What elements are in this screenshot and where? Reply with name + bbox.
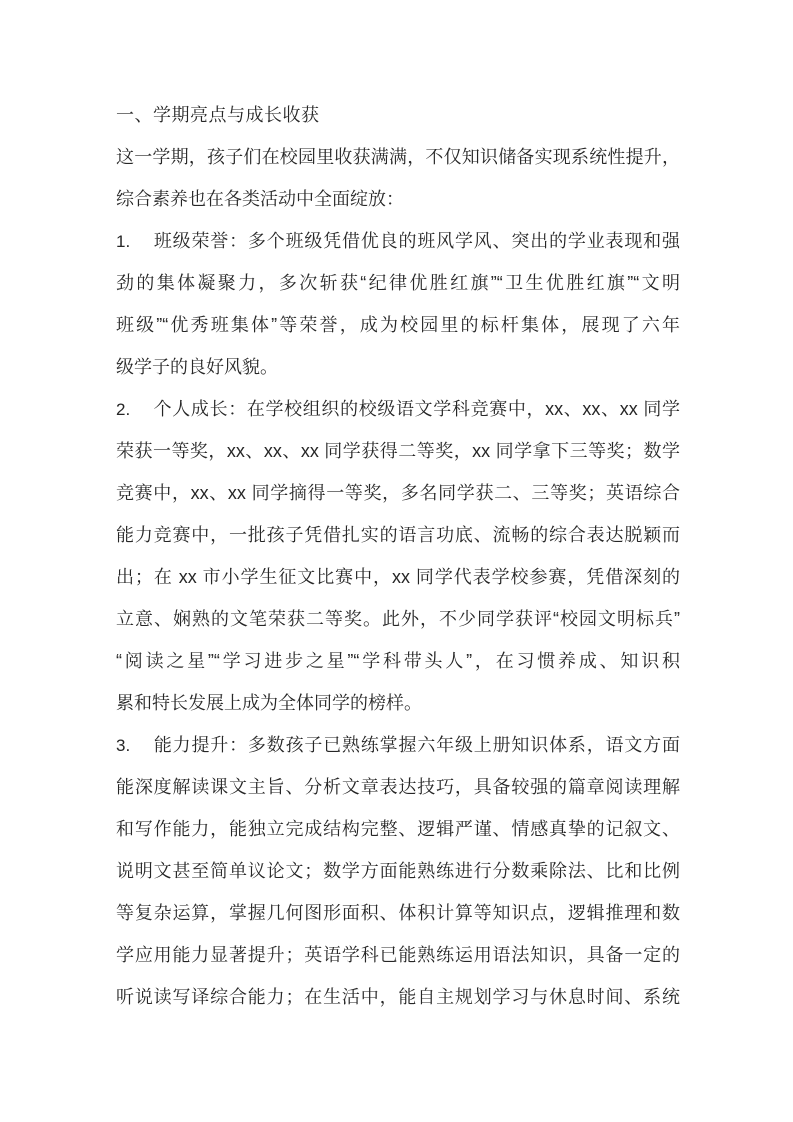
text-line: 立意、娴熟的文笔荣获二等奖。此外，不少同学获评“校园文明标兵” — [116, 598, 680, 640]
document-page: 一、学期亮点与成长收获这一学期，孩子们在校园里收获满满，不仅知识储备实现系统性提… — [0, 0, 793, 1122]
text-line: 劲的集体凝聚力，多次斩获“纪律优胜红旗”“卫生优胜红旗”“文明 — [116, 262, 680, 304]
text-line: “阅读之星”“学习进步之星”“学科带头人”，在习惯养成、知识积 — [116, 640, 680, 682]
text-line: 等复杂运算，掌握几何图形面积、体积计算等知识点，逻辑推理和数 — [116, 892, 680, 934]
section-heading: 一、学期亮点与成长收获 — [116, 94, 680, 136]
text-line: 1.班级荣誉：多个班级凭借优良的班风学风、突出的学业表现和强 — [116, 220, 680, 262]
list-number: 3. — [116, 725, 153, 766]
text-line: 累和特长发展上成为全体同学的榜样。 — [116, 682, 680, 724]
text-line: 荣获一等奖，xx、xx、xx 同学获得二等奖，xx 同学拿下三等奖；数学 — [116, 430, 680, 472]
text-line: 综合素养也在各类活动中全面绽放： — [116, 178, 680, 220]
page-content: 一、学期亮点与成长收获这一学期，孩子们在校园里收获满满，不仅知识储备实现系统性提… — [116, 94, 680, 1018]
text-line-content: 能力提升：多数孩子已熟练掌握六年级上册知识体系，语文方面 — [153, 735, 680, 755]
text-line: 2.个人成长：在学校组织的校级语文学科竞赛中，xx、xx、xx 同学 — [116, 388, 680, 430]
text-line: 学应用能力显著提升；英语学科已能熟练运用语法知识，具备一定的 — [116, 934, 680, 976]
text-line: 出；在 xx 市小学生征文比赛中，xx 同学代表学校参赛，凭借深刻的 — [116, 556, 680, 598]
text-line-content: 个人成长：在学校组织的校级语文学科竞赛中，xx、xx、xx 同学 — [153, 399, 680, 419]
text-line: 能深度解读课文主旨、分析文章表达技巧，具备较强的篇章阅读理解 — [116, 766, 680, 808]
text-line-content: 班级荣誉：多个班级凭借优良的班风学风、突出的学业表现和强 — [153, 231, 680, 251]
text-line: 和写作能力，能独立完成结构完整、逻辑严谨、情感真挚的记叙文、 — [116, 808, 680, 850]
text-line: 听说读写译综合能力；在生活中，能自主规划学习与休息时间、系统 — [116, 976, 680, 1018]
text-line: 级学子的良好风貌。 — [116, 346, 680, 388]
text-line: 3.能力提升：多数孩子已熟练掌握六年级上册知识体系，语文方面 — [116, 724, 680, 766]
text-line: 说明文甚至简单议论文；数学方面能熟练进行分数乘除法、比和比例 — [116, 850, 680, 892]
text-line: 这一学期，孩子们在校园里收获满满，不仅知识储备实现系统性提升， — [116, 136, 680, 178]
text-line: 能力竞赛中，一批孩子凭借扎实的语言功底、流畅的综合表达脱颖而 — [116, 514, 680, 556]
text-line: 竞赛中，xx、xx 同学摘得一等奖，多名同学获二、三等奖；英语综合 — [116, 472, 680, 514]
text-line: 班级”“优秀班集体”等荣誉，成为校园里的标杆集体，展现了六年 — [116, 304, 680, 346]
list-number: 1. — [116, 221, 153, 262]
list-number: 2. — [116, 389, 153, 430]
